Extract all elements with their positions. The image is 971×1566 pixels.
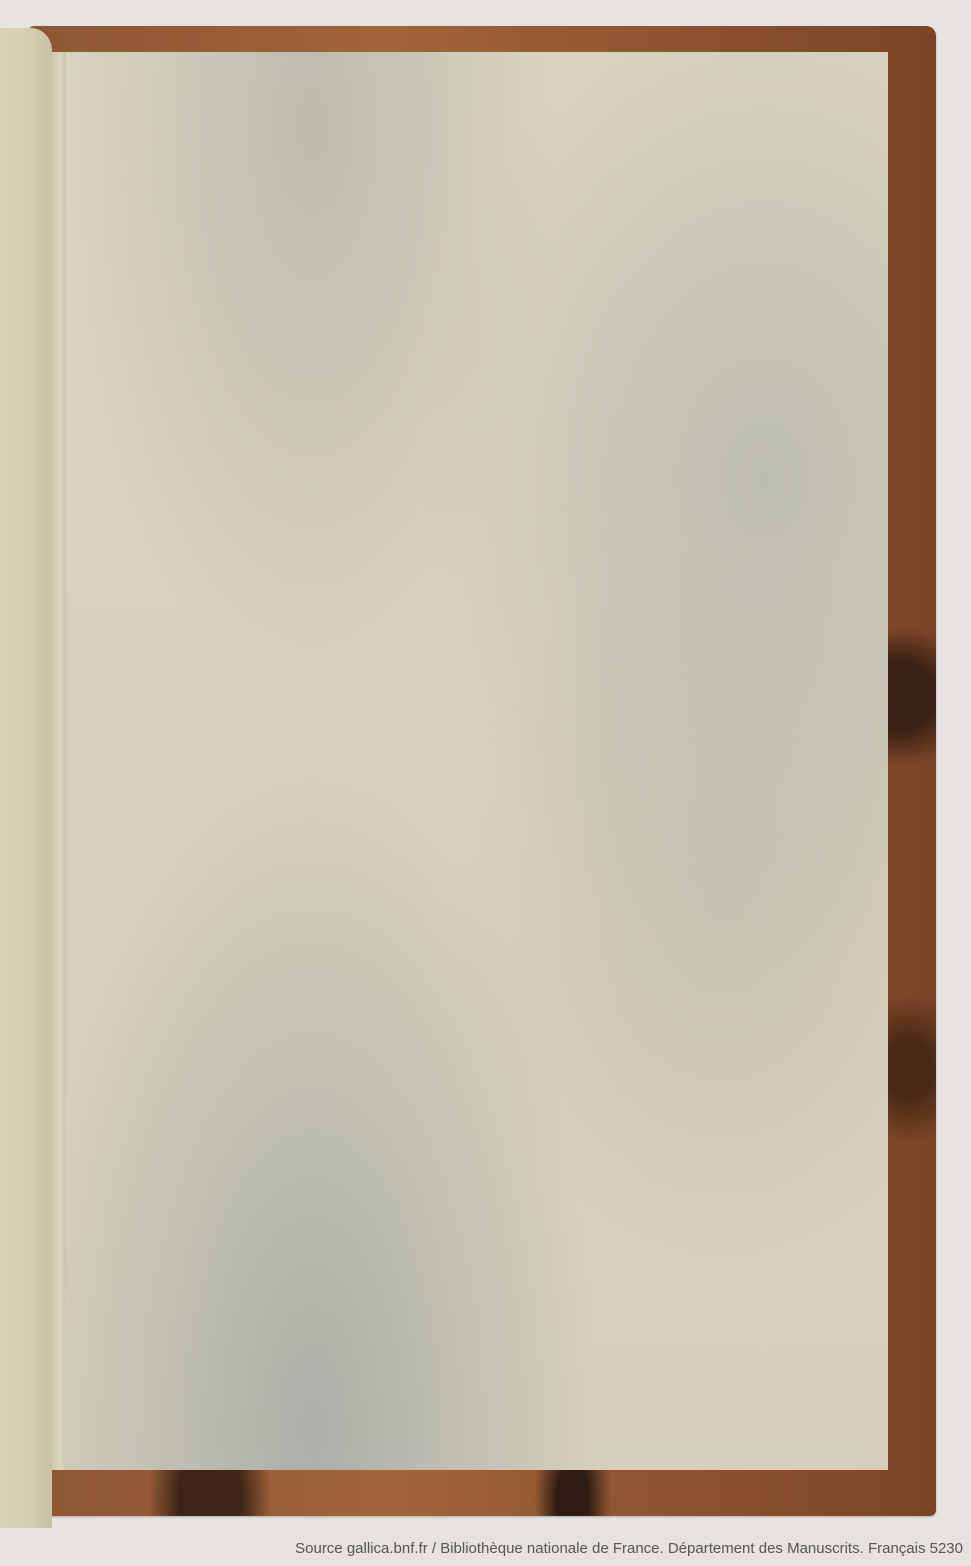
manuscript-scan — [0, 0, 971, 1530]
flyleaf — [0, 28, 52, 1528]
blank-pastedown-page — [66, 52, 888, 1470]
source-caption: Source gallica.bnf.fr / Bibliothèque nat… — [295, 1540, 963, 1557]
